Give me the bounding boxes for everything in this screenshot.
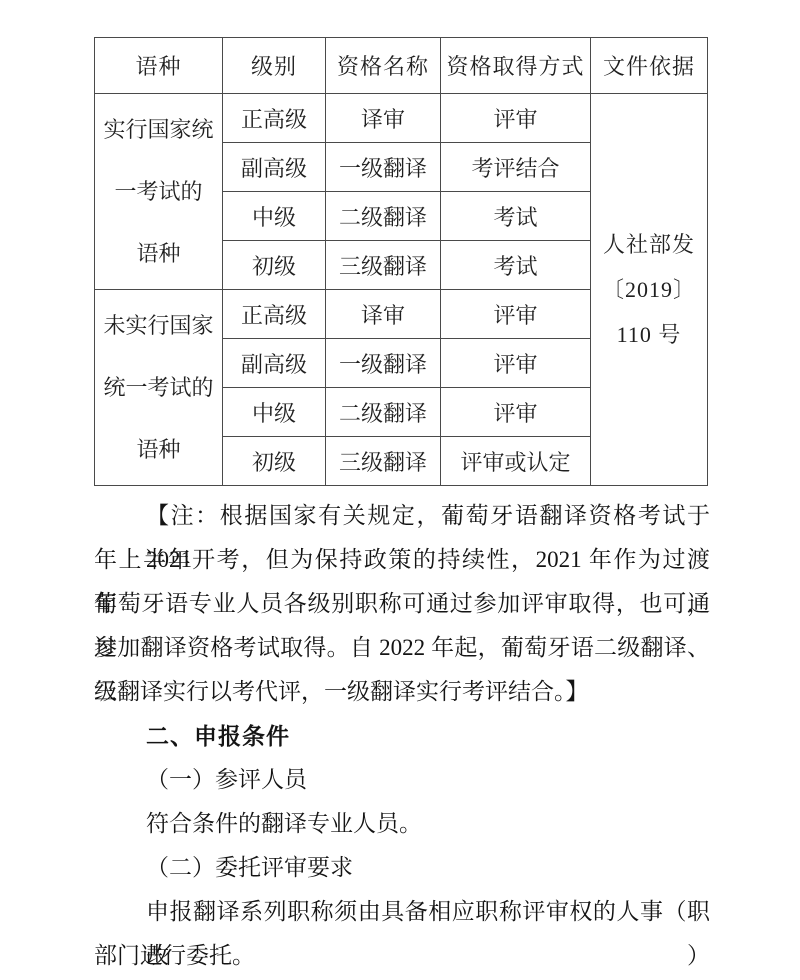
qualification-cell: 一级翻译 (326, 339, 441, 388)
table-header-row: 语种 级别 资格名称 资格取得方式 文件依据 (95, 38, 708, 94)
level-cell: 中级 (223, 192, 326, 241)
method-cell: 考试 (441, 241, 591, 290)
subsection-title: （一）参评人员 (94, 758, 710, 802)
qualification-cell: 二级翻译 (326, 388, 441, 437)
language-group-cell: 未实行国家 统一考试的 语种 (95, 290, 223, 486)
subsection-body: 符合条件的翻译专业人员。 (94, 802, 710, 846)
note-line: 【注：根据国家有关规定，葡萄牙语翻译资格考试于 2021 (94, 494, 710, 538)
method-cell: 评审 (441, 339, 591, 388)
document-page: 语种 级别 资格名称 资格取得方式 文件依据 实行国家统 一考试的 语种 正高级… (0, 0, 800, 980)
level-cell: 初级 (223, 437, 326, 486)
header-acquisition-method: 资格取得方式 (441, 38, 591, 94)
table-row: 实行国家统 一考试的 语种 正高级 译审 评审 人社部发 〔2019〕 110 … (95, 94, 708, 143)
level-cell: 副高级 (223, 143, 326, 192)
header-language: 语种 (95, 38, 223, 94)
method-cell: 评审 (441, 290, 591, 339)
method-cell: 评审 (441, 94, 591, 143)
qualification-cell: 译审 (326, 290, 441, 339)
header-qualification-name: 资格名称 (326, 38, 441, 94)
note-line: 级翻译实行以考代评，一级翻译实行考评结合。】 (94, 670, 710, 714)
method-cell: 考试 (441, 192, 591, 241)
subsection-body-line: 申报翻译系列职称须由具备相应职称评审权的人事（职改） (94, 890, 710, 934)
qualification-cell: 一级翻译 (326, 143, 441, 192)
subsection-title: （二）委托评审要求 (94, 846, 710, 890)
header-document-basis: 文件依据 (591, 38, 708, 94)
method-cell: 评审 (441, 388, 591, 437)
qualification-cell: 三级翻译 (326, 437, 441, 486)
note-line: 年上半年开考，但为保持政策的持续性，2021 年作为过渡年， (94, 538, 710, 582)
level-cell: 正高级 (223, 94, 326, 143)
qualification-cell: 译审 (326, 94, 441, 143)
method-cell: 考评结合 (441, 143, 591, 192)
level-cell: 初级 (223, 241, 326, 290)
note-line: 参加翻译资格考试取得。自 2022 年起，葡萄牙语二级翻译、三 (94, 626, 710, 670)
qualification-cell: 三级翻译 (326, 241, 441, 290)
language-group-cell: 实行国家统 一考试的 语种 (95, 94, 223, 290)
level-cell: 副高级 (223, 339, 326, 388)
header-level: 级别 (223, 38, 326, 94)
level-cell: 正高级 (223, 290, 326, 339)
qualification-cell: 二级翻译 (326, 192, 441, 241)
document-basis-cell: 人社部发 〔2019〕 110 号 (591, 94, 708, 486)
note-line: 葡萄牙语专业人员各级别职称可通过参加评审取得，也可通过 (94, 582, 710, 626)
qualification-table: 语种 级别 资格名称 资格取得方式 文件依据 实行国家统 一考试的 语种 正高级… (94, 37, 708, 486)
level-cell: 中级 (223, 388, 326, 437)
section-heading: 二、申报条件 (94, 714, 710, 758)
body-text: 【注：根据国家有关规定，葡萄牙语翻译资格考试于 2021 年上半年开考，但为保持… (94, 494, 710, 978)
method-cell: 评审或认定 (441, 437, 591, 486)
